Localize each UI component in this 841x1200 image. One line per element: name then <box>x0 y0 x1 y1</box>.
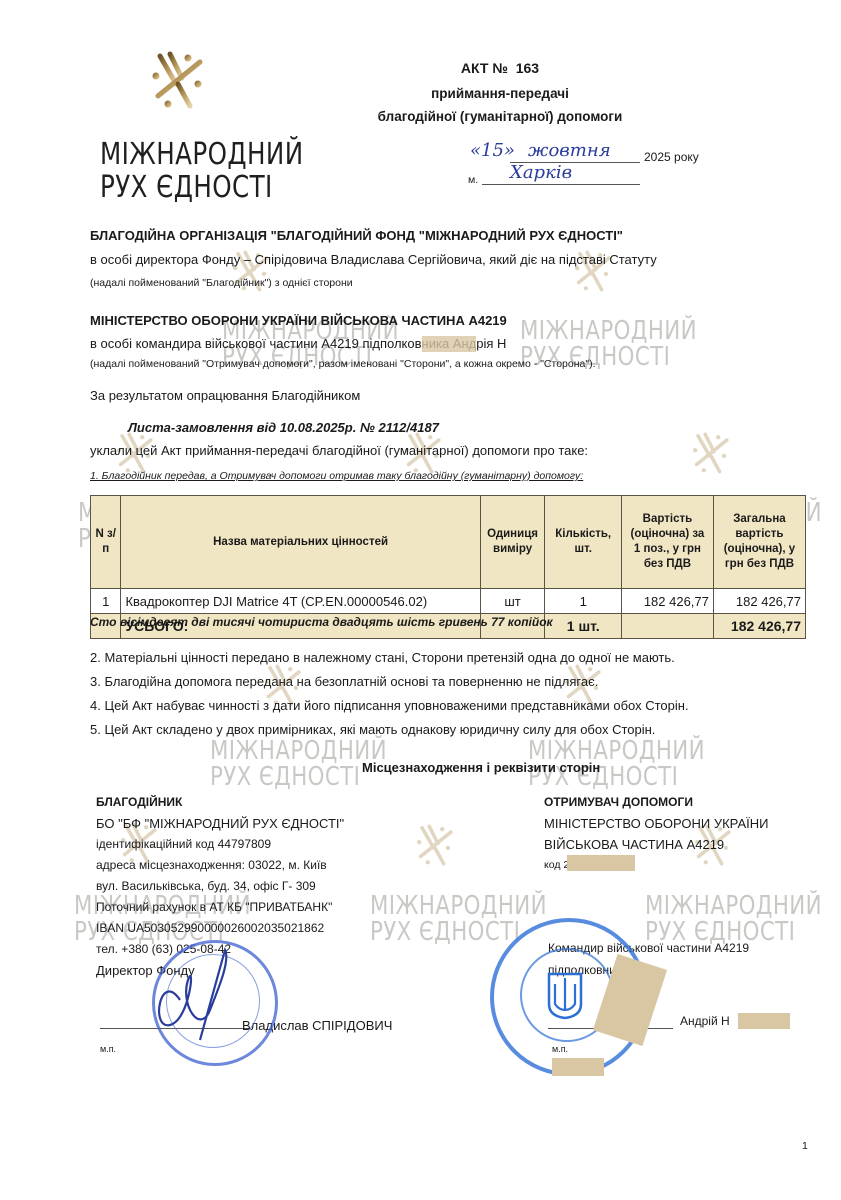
recipient-alias: (надалі пойменований "Отримувач допомоги… <box>90 358 596 370</box>
donor-name: БО "БФ "МІЖНАРОДНИЙ РУХ ЄДНОСТІ" <box>96 813 344 834</box>
header-qty: Кількість, шт. <box>545 496 621 589</box>
watermark-logo-icon <box>688 430 734 476</box>
clause-item: 2. Матеріальні цінності передано в належ… <box>90 650 689 665</box>
act-subtitle-1: приймання-передачі <box>300 86 700 101</box>
cell-name: Квадрокоптер DJI Matrice 4T (CP.EN.00000… <box>121 589 480 614</box>
donor-label: БЛАГОДІЙНИК <box>96 792 344 813</box>
recipient-signer: Андрій Н <box>680 1014 730 1028</box>
cell-n: 1 <box>91 589 121 614</box>
city-underline <box>482 184 640 185</box>
cell-unit: шт <box>480 589 545 614</box>
donor-seal-label: м.п. <box>100 1044 116 1054</box>
cell-empty <box>621 614 713 639</box>
donor-bank: Поточний рахунок в АТ КБ "ПРИВАТБАНК" <box>96 897 344 918</box>
donor-signature-icon <box>140 940 250 1050</box>
recipient-label: ОТРИМУВАЧ ДОПОМОГИ <box>544 792 769 813</box>
city-name: Харків <box>510 162 572 183</box>
total-qty: 1 шт. <box>545 614 621 639</box>
cell-unit-price: 182 426,77 <box>621 589 713 614</box>
date-day: «15» <box>470 140 515 161</box>
redaction-box <box>552 1058 604 1076</box>
trident-emblem-icon <box>545 970 585 1020</box>
redaction-box <box>422 336 476 352</box>
basis-document: Листа-замовлення від 10.08.2025р. № 2112… <box>128 420 439 435</box>
header-name: Назва матеріальних цінностей <box>121 496 480 589</box>
requisites-heading: Місцезнаходження і реквізити сторін <box>362 760 600 775</box>
clause-item: 3. Благодійна допомога передана на безоп… <box>90 674 689 689</box>
date-month: жовтня <box>528 140 611 161</box>
redaction-box <box>738 1013 790 1029</box>
cell-total: 182 426,77 <box>713 589 805 614</box>
donor-title: БЛАГОДІЙНА ОРГАНІЗАЦІЯ "БЛАГОДІЙНИЙ ФОНД… <box>90 228 623 243</box>
clause-1: 1. Благодійник передав, а Отримувач допо… <box>90 470 583 482</box>
act-title: АКТ № 163 <box>300 60 700 76</box>
table-row: 1 Квадрокоптер DJI Matrice 4T (CP.EN.000… <box>91 589 806 614</box>
city-prefix: м. <box>468 174 478 186</box>
donor-address-2: вул. Васильківська, буд. 34, офіс Г- 309 <box>96 876 344 897</box>
clause-item: 4. Цей Акт набуває чинності з дати його … <box>90 698 689 713</box>
page-number: 1 <box>802 1140 808 1152</box>
unity-cross-logo-icon <box>146 48 210 112</box>
donor-iban: IBAN UA503052990000026002035021862 <box>96 918 344 939</box>
cell-qty: 1 <box>545 589 621 614</box>
act-subtitle-2: благодійної (гуманітарної) допомоги <box>300 109 700 124</box>
clauses-list: 2. Матеріальні цінності передано в належ… <box>90 650 689 746</box>
amount-in-words: Сто вісімдесят дві тисячі чотириста двад… <box>90 615 553 629</box>
recipient-name-2: ВІЙСЬКОВА ЧАСТИНА А4219 <box>544 834 769 855</box>
header-unit: Одиниця виміру <box>480 496 545 589</box>
donor-alias: (надалі пойменований "Благодійник") з од… <box>90 277 353 289</box>
donor-id-code: ідентифікаційний код 44797809 <box>96 834 344 855</box>
header-total: Загальна вартість (оціночна), у грн без … <box>713 496 805 589</box>
watermark-text: МІЖНАРОДНИЙРУХ ЄДНОСТІ <box>645 893 822 945</box>
recipient-name-1: МІНІСТЕРСТВО ОБОРОНИ УКРАЇНИ <box>544 813 769 834</box>
date-year: 2025 року <box>644 150 699 164</box>
redaction-box <box>567 855 635 871</box>
agreement-statement: уклали цей Акт приймання-передачі благод… <box>90 443 588 458</box>
watermark-logo-icon <box>412 822 458 868</box>
table-header-row: N з/п Назва матеріальних цінностей Одини… <box>91 496 806 589</box>
basis-intro: За результатом опрацювання Благодійником <box>90 388 360 403</box>
donor-address-1: адреса місцезнаходження: 03022, м. Київ <box>96 855 344 876</box>
header-unit-price: Вартість (оціночна) за 1 поз., у грн без… <box>621 496 713 589</box>
donor-representative: в особі директора Фонду – Спірідовича Вл… <box>90 252 657 267</box>
total-sum: 182 426,77 <box>713 614 805 639</box>
recipient-title: МІНІСТЕРСТВО ОБОРОНИ УКРАЇНИ ВІЙСЬКОВА Ч… <box>90 313 507 328</box>
clause-item: 5. Цей Акт складено у двох примірниках, … <box>90 722 689 737</box>
header-n: N з/п <box>91 496 121 589</box>
brand-logo-text: МІЖНАРОДНИЙ РУХ ЄДНОСТІ <box>100 138 304 204</box>
